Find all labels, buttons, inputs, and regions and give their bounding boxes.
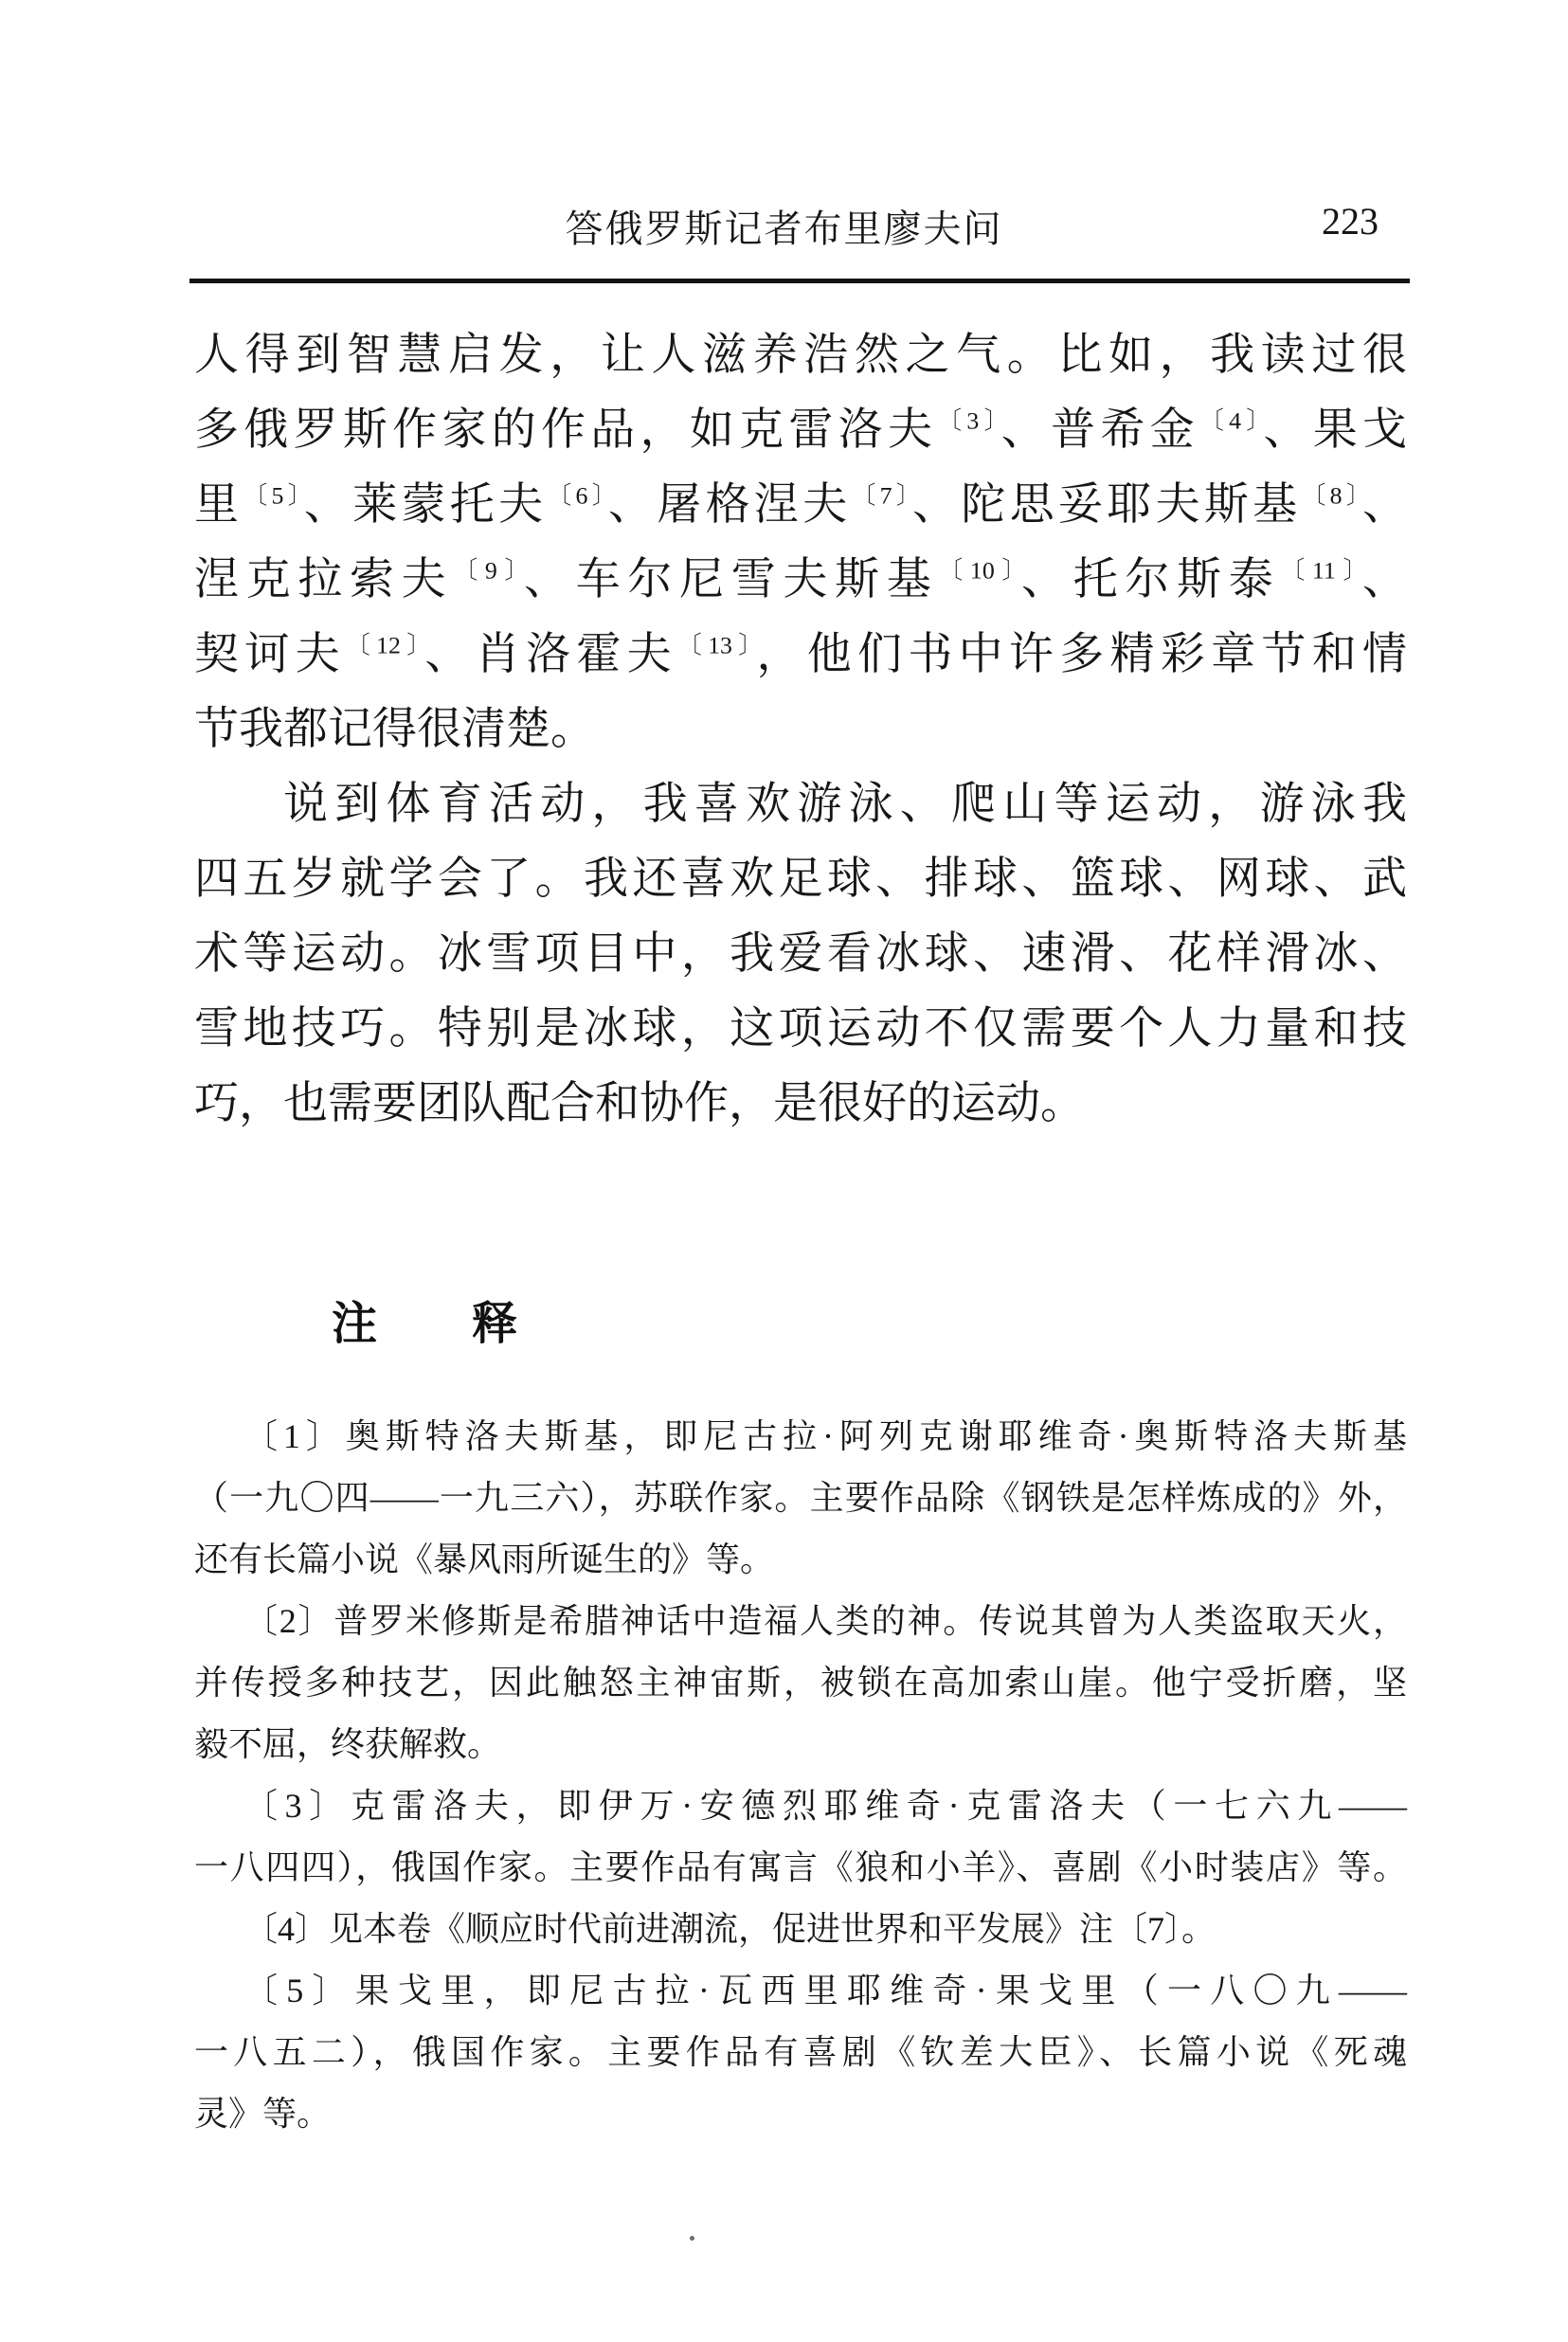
text-run: 、托尔斯泰 — [1021, 555, 1280, 604]
text-run: 、果戈 — [1263, 405, 1407, 455]
footnote-ref: 〔6〕 — [547, 481, 608, 509]
text-line: 并传授多种技艺，因此触怒主神宙斯，被锁在高加索山崖。他宁受折磨，坚 — [194, 1652, 1407, 1714]
book-page: 答俄罗斯记者布里廖夫问 223 人得到智慧启发，让人滋养浩然之气。比如，我读过很… — [0, 0, 1568, 2342]
text-line: 一八四四），俄国作家。主要作品有寓言《狼和小羊》、喜剧《小时装店》等。 — [194, 1837, 1407, 1899]
text-line: 人得到智慧启发，让人滋养浩然之气。比如，我读过很 — [194, 318, 1407, 393]
text-run: 还有长篇小说《暴风雨所诞生的》等。 — [194, 1540, 774, 1578]
header-rule — [189, 279, 1410, 283]
text-line: 巧，也需要团队配合和协作，是很好的运动。 — [194, 1067, 1407, 1142]
text-run: 术等运动。冰雪项目中，我爱看冰球、速滑、花样滑冰、 — [194, 929, 1407, 979]
text-run: 、 — [1362, 555, 1407, 604]
text-line: 〔1〕奥斯特洛夫斯基，即尼古拉·阿列克谢耶维奇·奥斯特洛夫斯基 — [194, 1406, 1407, 1468]
text-line: 里〔5〕、莱蒙托夫〔6〕、屠格涅夫〔7〕、陀思妥耶夫斯基〔8〕、 — [194, 468, 1407, 543]
text-run: 〔1〕奥斯特洛夫斯基，即尼古拉·阿列克谢耶维奇·奥斯特洛夫斯基 — [243, 1417, 1407, 1455]
text-run: 说到体育活动，我喜欢游泳、爬山等运动，游泳我 — [283, 780, 1407, 829]
text-run: 里 — [194, 480, 243, 530]
footnote-ref: 〔12〕 — [346, 631, 425, 658]
text-line: 毅不屈，终获解救。 — [194, 1714, 1407, 1775]
text-run: 契诃夫 — [194, 630, 346, 679]
text-run: 、肖洛霍夫 — [424, 630, 677, 679]
text-run: 涅克拉索夫 — [194, 555, 453, 604]
page-number: 223 — [1322, 199, 1379, 243]
text-line: 灵》等。 — [194, 2083, 1407, 2145]
text-run: 、莱蒙托夫 — [304, 480, 548, 530]
text-line: 涅克拉索夫〔9〕、车尔尼雪夫斯基〔10〕、托尔斯泰〔11〕、 — [194, 543, 1407, 618]
text-run: 并传授多种技艺，因此触怒主神宙斯，被锁在高加索山崖。他宁受折磨，坚 — [194, 1664, 1407, 1702]
text-run: 人得到智慧启发，让人滋养浩然之气。比如，我读过很 — [194, 331, 1407, 380]
footnote: 〔4〕见本卷《顺应时代前进潮流，促进世界和平发展》注〔7〕。 — [194, 1899, 1407, 1960]
text-line: 〔2〕普罗米修斯是希腊神话中造福人类的神。传说其曾为人类盗取天火， — [194, 1591, 1407, 1652]
text-run: 巧，也需要团队配合和协作，是很好的运动。 — [194, 1079, 1085, 1128]
text-run: ，他们书中许多精彩章节和情 — [756, 630, 1407, 679]
text-line: 〔4〕见本卷《顺应时代前进潮流，促进世界和平发展》注〔7〕。 — [194, 1899, 1407, 1960]
paragraph: 人得到智慧启发，让人滋养浩然之气。比如，我读过很多俄罗斯作家的作品，如克雷洛夫〔… — [194, 318, 1407, 767]
paragraph: 说到体育活动，我喜欢游泳、爬山等运动，游泳我四五岁就学会了。我还喜欢足球、排球、… — [194, 767, 1407, 1142]
text-run: 、屠格涅夫 — [608, 480, 852, 530]
text-line: 说到体育活动，我喜欢游泳、爬山等运动，游泳我 — [194, 767, 1407, 842]
text-run: 〔5〕果戈里，即尼古拉·瓦西里耶维奇·果戈里（一八〇九—— — [243, 1972, 1407, 2009]
footnote-ref: 〔9〕 — [453, 556, 524, 584]
text-line: 节我都记得很清楚。 — [194, 693, 1407, 767]
text-run: 一八四四），俄国作家。主要作品有寓言《狼和小羊》、喜剧《小时装店》等。 — [194, 1848, 1407, 1886]
text-line: 术等运动。冰雪项目中，我爱看冰球、速滑、花样滑冰、 — [194, 917, 1407, 992]
footnote-ref: 〔10〕 — [938, 556, 1021, 584]
text-run: 、普希金 — [1001, 405, 1199, 455]
text-run: 、陀思妥耶夫斯基 — [912, 480, 1301, 530]
text-line: 还有长篇小说《暴风雨所诞生的》等。 — [194, 1529, 1407, 1591]
notes-heading: 注释 — [332, 1300, 517, 1349]
footnote-ref: 〔3〕 — [937, 406, 1001, 434]
text-run: 灵》等。 — [194, 2095, 331, 2133]
notes-heading-char: 释 — [472, 1299, 517, 1349]
footnote: 〔1〕奥斯特洛夫斯基，即尼古拉·阿列克谢耶维奇·奥斯特洛夫斯基（一九〇四——一九… — [194, 1406, 1407, 1591]
text-run: （一九〇四——一九三六），苏联作家。主要作品除《钢铁是怎样炼成的》外， — [194, 1479, 1407, 1517]
body-text: 人得到智慧启发，让人滋养浩然之气。比如，我读过很多俄罗斯作家的作品，如克雷洛夫〔… — [194, 318, 1407, 1142]
text-run: 多俄罗斯作家的作品，如克雷洛夫 — [194, 405, 937, 455]
text-line: （一九〇四——一九三六），苏联作家。主要作品除《钢铁是怎样炼成的》外， — [194, 1468, 1407, 1529]
footnote-ref: 〔8〕 — [1301, 481, 1362, 509]
text-run: 、 — [1362, 480, 1407, 530]
text-line: 一八五二），俄国作家。主要作品有喜剧《钦差大臣》、长篇小说《死魂 — [194, 2022, 1407, 2083]
text-run: 一八五二），俄国作家。主要作品有喜剧《钦差大臣》、长篇小说《死魂 — [194, 2033, 1407, 2071]
footnote-ref: 〔7〕 — [852, 481, 913, 509]
text-run: 〔2〕普罗米修斯是希腊神话中造福人类的神。传说其曾为人类盗取天火， — [243, 1602, 1407, 1640]
text-run: 雪地技巧。特别是冰球，这项运动不仅需要个人力量和技 — [194, 1004, 1407, 1054]
text-line: 〔3〕克雷洛夫，即伊万·安德烈耶维奇·克雷洛夫（一七六九—— — [194, 1775, 1407, 1837]
footnote-ref: 〔13〕 — [677, 631, 757, 658]
text-line: 多俄罗斯作家的作品，如克雷洛夫〔3〕、普希金〔4〕、果戈 — [194, 393, 1407, 468]
footnote: 〔5〕果戈里，即尼古拉·瓦西里耶维奇·果戈里（一八〇九——一八五二），俄国作家。… — [194, 1960, 1407, 2145]
footnote: 〔2〕普罗米修斯是希腊神话中造福人类的神。传说其曾为人类盗取天火，并传授多种技艺… — [194, 1591, 1407, 1775]
text-run: 〔3〕克雷洛夫，即伊万·安德烈耶维奇·克雷洛夫（一七六九—— — [243, 1787, 1407, 1825]
footnote: 〔3〕克雷洛夫，即伊万·安德烈耶维奇·克雷洛夫（一七六九——一八四四），俄国作家… — [194, 1775, 1407, 1899]
footnote-ref: 〔4〕 — [1199, 406, 1264, 434]
scan-artifact-dot — [690, 2236, 694, 2241]
text-line: 〔5〕果戈里，即尼古拉·瓦西里耶维奇·果戈里（一八〇九—— — [194, 1960, 1407, 2022]
text-line: 契诃夫〔12〕、肖洛霍夫〔13〕，他们书中许多精彩章节和情 — [194, 618, 1407, 693]
text-run: 毅不屈，终获解救。 — [194, 1725, 501, 1763]
text-run: 节我都记得很清楚。 — [194, 705, 595, 754]
notes-text: 〔1〕奥斯特洛夫斯基，即尼古拉·阿列克谢耶维奇·奥斯特洛夫斯基（一九〇四——一九… — [194, 1406, 1407, 2145]
footnote-ref: 〔11〕 — [1280, 556, 1362, 584]
text-run: 〔4〕见本卷《顺应时代前进潮流，促进世界和平发展》注〔7〕。 — [243, 1910, 1216, 1948]
text-run: 、车尔尼雪夫斯基 — [524, 555, 938, 604]
text-run: 四五岁就学会了。我还喜欢足球、排球、篮球、网球、武 — [194, 855, 1407, 904]
notes-heading-char: 注 — [332, 1299, 377, 1349]
text-line: 雪地技巧。特别是冰球，这项运动不仅需要个人力量和技 — [194, 992, 1407, 1067]
text-line: 四五岁就学会了。我还喜欢足球、排球、篮球、网球、武 — [194, 842, 1407, 917]
footnote-ref: 〔5〕 — [243, 481, 304, 509]
